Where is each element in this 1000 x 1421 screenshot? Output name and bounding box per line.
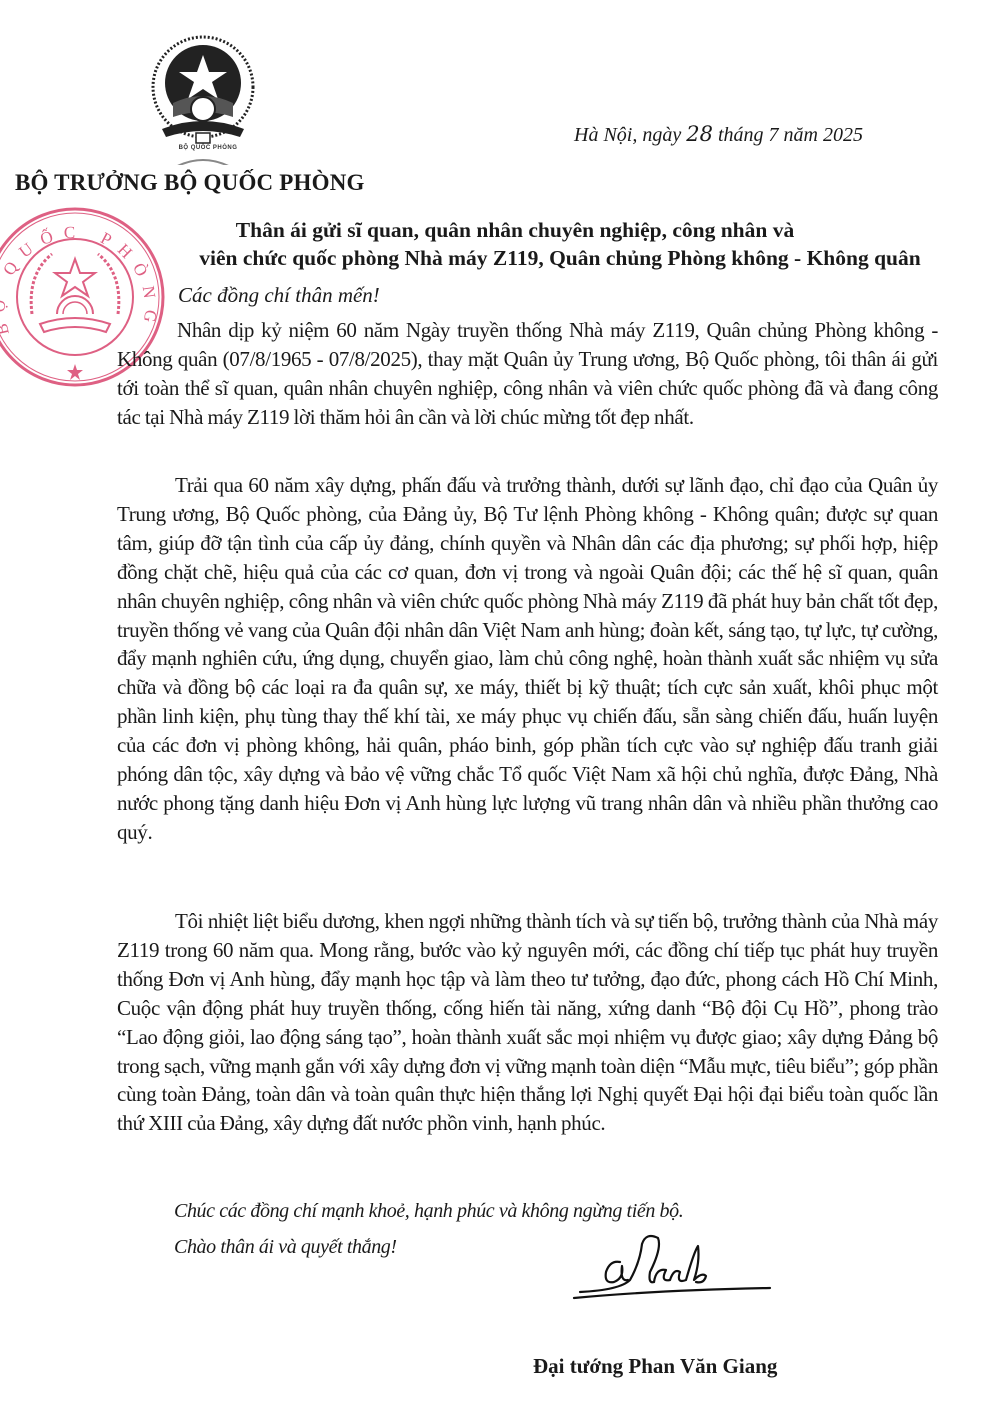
closing-wish: Chúc các đồng chí mạnh khoẻ, hạnh phúc v… xyxy=(174,1200,683,1223)
greeting: Các đồng chí thân mến! xyxy=(178,283,380,308)
body-paragraph: Trải qua 60 năm xây dựng, phấn đấu và tr… xyxy=(117,471,938,847)
date-suffix: tháng 7 năm 2025 xyxy=(713,124,863,146)
date-day-handwritten: 28 xyxy=(686,122,713,146)
date-line: Hà Nội, ngày 28 tháng 7 năm 2025 xyxy=(574,122,863,147)
signer-name: Đại tướng Phan Văn Giang xyxy=(533,1354,777,1379)
body-paragraph: Nhân dịp kỷ niệm 60 năm Ngày truyền thốn… xyxy=(117,316,938,432)
national-emblem-icon xyxy=(140,25,266,165)
date-prefix: Hà Nội, ngày xyxy=(574,124,686,146)
closing-salute: Chào thân ái và quyết thắng! xyxy=(174,1236,397,1259)
emblem-caption: BỘ QUỐC PHÒNG xyxy=(150,145,266,151)
signature-icon xyxy=(570,1232,780,1302)
issuing-authority: BỘ TRƯỞNG BỘ QUỐC PHÒNG xyxy=(15,170,365,196)
subject-line-1: Thân ái gửi sĩ quan, quân nhân chuyên ng… xyxy=(0,216,1000,245)
subject-line-2: viên chức quốc phòng Nhà máy Z119, Quân … xyxy=(0,244,1000,273)
body-paragraph: Tôi nhiệt liệt biểu dương, khen ngợi nhữ… xyxy=(117,907,938,1138)
